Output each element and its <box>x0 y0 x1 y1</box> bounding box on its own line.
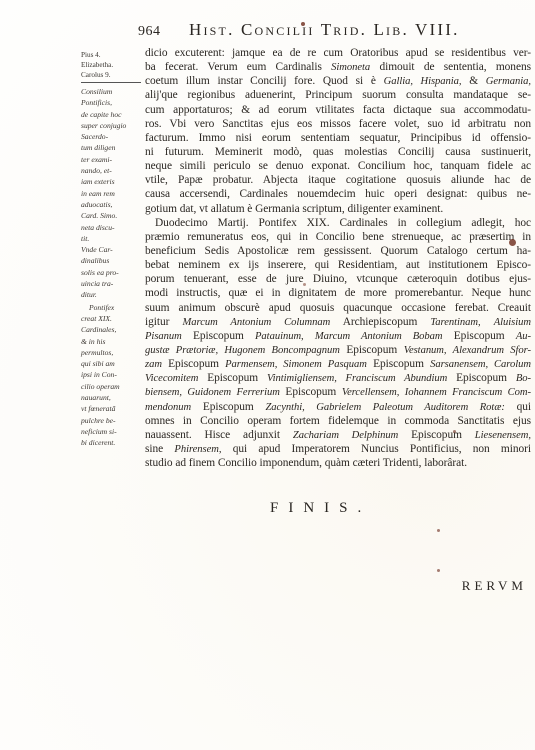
ink-spot <box>453 430 456 433</box>
text-line: ni futurum. Meminerit modò, quas molesti… <box>145 145 531 159</box>
margin-reference: Pius 4. Elizabetha. Carolus 9. <box>81 50 143 80</box>
margin-note-vnde: Vnde Car- dinalibus solis ea pro- uincia… <box>81 244 143 300</box>
margin-ref-line: Elizabetha. <box>81 60 143 70</box>
margin-note-line: bi dicerent. <box>81 437 143 448</box>
margin-note-line: pulchre be- <box>81 415 143 426</box>
text-line: studio ad finem Concilio imponendum, quà… <box>145 456 531 470</box>
ink-spot <box>303 283 306 286</box>
ink-spot <box>437 569 440 572</box>
margin-note-line: Consilium <box>81 86 143 97</box>
margin-note-line: qui sibi am <box>81 358 143 369</box>
margin-note-line: ter exami- <box>81 154 143 165</box>
margin-note-line: tum diligen <box>81 142 143 153</box>
text-line: suum animum obscurè apud quosuis quacunq… <box>145 301 531 315</box>
margin-divider <box>81 82 141 83</box>
margin-ref-line: Carolus 9. <box>81 70 143 80</box>
margin-note-line: Pontificis, <box>81 97 143 108</box>
margin-note-line: ipsi in Con- <box>81 369 143 380</box>
margin-note-line: dinalibus <box>81 255 143 266</box>
text-line: porum tenuerant, esse de jure Diuino, vt… <box>145 272 531 286</box>
margin-note-line: in eam rem <box>81 188 143 199</box>
margin-note-line: aduocatis, <box>81 199 143 210</box>
text-line: facturum. Immo nisi eorum sententiam seq… <box>145 131 531 145</box>
margin-note-line: & in his <box>81 336 143 347</box>
text-line: zam Episcopum Parmensem, Simonem Pasquam… <box>145 357 531 371</box>
ink-spot <box>437 529 440 532</box>
text-line: dicio excuterent: jamque ea de re cum Or… <box>145 46 531 60</box>
margin-note-consilium: Consilium Pontificis, de capite hoc supe… <box>81 86 143 244</box>
text-line: coetum illum instar Concilij fore. Quod … <box>145 74 531 88</box>
text-line: Pisanum Episcopum Patauinum, Marcum Anto… <box>145 329 531 343</box>
text-line: omnes in Concilio operam fortem fidelemq… <box>145 414 531 428</box>
page-number: 964 <box>138 24 161 40</box>
margin-note-line: cilio operam <box>81 381 143 392</box>
text-line: biensem, Guidonem Ferrerium Episcopum Ve… <box>145 385 531 399</box>
margin-note-line: Vnde Car- <box>81 244 143 255</box>
margin-note-line: neta discu- <box>81 222 143 233</box>
text-line: ba fecerat. Verum eum Cardinalis Simonet… <box>145 60 531 74</box>
text-line: ros. Vbi vero Sanctitas ejus eos missos … <box>145 117 531 131</box>
text-line: bebat neminem ex ijs inserere, qui Resid… <box>145 258 531 272</box>
marginal-notes: Pius 4. Elizabetha. Carolus 9. Consilium… <box>81 50 143 449</box>
margin-note-line: super conjugio <box>81 120 143 131</box>
finis-heading: FINIS. <box>270 500 371 517</box>
margin-note-line: Card. Simo. <box>81 210 143 221</box>
text-line: alij'que regionibus aduenerint, Principu… <box>145 88 531 102</box>
margin-ref-line: Pius 4. <box>81 50 143 60</box>
margin-note-line: Cardinales, <box>81 324 143 335</box>
margin-note-line: solis ea pro- <box>81 267 143 278</box>
text-line: modi instructis, quæ ei in dignitatem de… <box>145 286 531 300</box>
text-line: causa accersendi, Cardinales nouemdecim … <box>145 187 531 201</box>
margin-note-line: neficium si- <box>81 426 143 437</box>
text-line: Vicecomitem Episcopum Vintimigliensem, F… <box>145 371 531 385</box>
margin-note-line: nauarunt, <box>81 392 143 403</box>
margin-note-line: Sacerdo- <box>81 131 143 142</box>
text-line: gustæ Prætoriæ, Hugonem Boncompagnum Epi… <box>145 343 531 357</box>
text-line: gotium dat, vt allatum è Germania script… <box>145 202 531 216</box>
ink-spot <box>509 239 516 246</box>
margin-note-line: de capite hoc <box>81 109 143 120</box>
text-line: præmio remuneratus eos, qui in Concilio … <box>145 230 531 244</box>
text-line: igitur Marcum Antonium Columnam Archiepi… <box>145 315 531 329</box>
text-line: cum apportaturos; & ad eorum vtilitates … <box>145 103 531 117</box>
text-line: mendonum Episcopum Zacynthi, Gabrielem P… <box>145 400 531 414</box>
margin-note-line: Pontifex <box>81 302 143 313</box>
margin-note-line: creat XIX. <box>81 313 143 324</box>
ink-spot <box>301 22 305 26</box>
text-line: beneficium Sedis Apostolicæ rem gessisse… <box>145 244 531 258</box>
margin-note-line: iam exteris <box>81 176 143 187</box>
margin-note-line: permultos, <box>81 347 143 358</box>
book-page: 964 Hist. Concilii Trid. Lib. VIII. Pius… <box>0 0 535 750</box>
text-line: neque simili periculo se denuo exponat. … <box>145 159 531 173</box>
margin-note-line: tit. <box>81 233 143 244</box>
catchword: RERVM <box>462 578 527 594</box>
text-line: sine Phirensem, qui apud Imperatorem Nun… <box>145 442 531 456</box>
text-line: nauassent. Hisce adjunxit Zachariam Delp… <box>145 428 531 442</box>
margin-note-line: vt fœneratã <box>81 403 143 414</box>
text-line: Duodecimo Martij. Pontifex XIX. Cardinal… <box>145 216 531 230</box>
main-text: dicio excuterent: jamque ea de re cum Or… <box>145 46 531 470</box>
margin-note-line: uincia tra- <box>81 278 143 289</box>
margin-note-pontifex: Pontifex creat XIX. Cardinales, & in his… <box>81 301 143 449</box>
margin-note-line: nando, et- <box>81 165 143 176</box>
margin-note-line: ditur. <box>81 289 143 300</box>
page-header: 964 Hist. Concilii Trid. Lib. VIII. <box>138 20 533 42</box>
running-title: Hist. Concilii Trid. Lib. VIII. <box>189 20 460 40</box>
text-line: vtile, Papæ probatur. Abjecta itaque cog… <box>145 173 531 187</box>
